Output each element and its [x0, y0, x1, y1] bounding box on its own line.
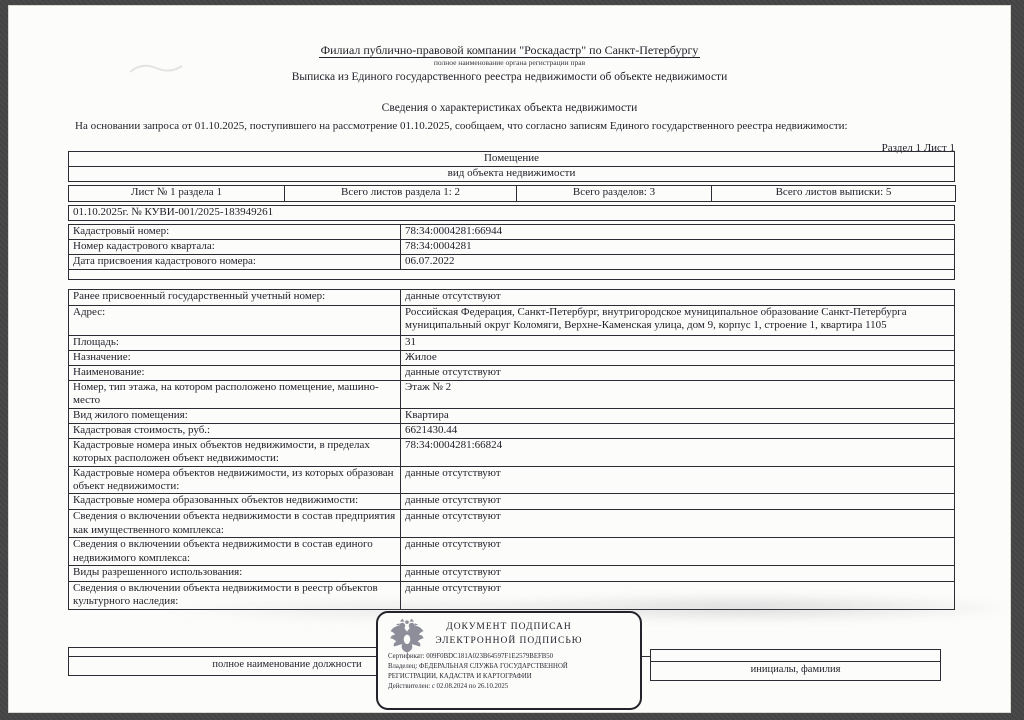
row-label: Площадь:: [69, 336, 401, 351]
section-title: Сведения о характеристиках объекта недви…: [8, 102, 1011, 114]
section-sheets-cell: Всего листов раздела 1: 2: [285, 186, 517, 202]
row-value: 06.07.2022: [401, 255, 955, 270]
object-kind-caption: вид объекта недвижимости: [69, 167, 955, 182]
row-value: данные отсутствуют: [401, 566, 955, 582]
table-row: Адрес: Российская Федерация, Санкт-Петер…: [69, 306, 955, 336]
table-row: Виды разрешенного использования: данные …: [69, 566, 955, 582]
stamp-validity: Действителен: с 02.08.2024 по 26.10.2025: [388, 682, 630, 692]
table-row: Сведения о включении объекта недвижимост…: [69, 510, 955, 538]
table-row: Сведения о включении объекта недвижимост…: [69, 538, 955, 566]
table-row: Наименование: данные отсутствуют: [69, 366, 955, 381]
org-name: Филиал публично-правовой компании "Роска…: [8, 43, 1011, 58]
details-table: Ранее присвоенный государственный учетны…: [68, 289, 955, 610]
row-label: Кадастровые номера иных объектов недвижи…: [69, 438, 401, 466]
empty-row: [69, 270, 955, 280]
row-label: Вид жилого помещения:: [69, 408, 401, 423]
table-row: Вид жилого помещения: Квартира: [69, 408, 955, 423]
row-value: данные отсутствуют: [401, 494, 955, 510]
table-row: Кадастровый номер: 78:34:0004281:66944: [69, 225, 955, 240]
row-label: Сведения о включении объекта недвижимост…: [69, 538, 401, 566]
object-kind-table: Помещение вид объекта недвижимости: [68, 151, 955, 182]
row-value: Этаж № 2: [401, 381, 955, 409]
table-row: Кадастровые номера иных объектов недвижи…: [69, 438, 955, 466]
table-row: Номер, тип этажа, на котором расположено…: [69, 381, 955, 409]
row-value: данные отсутствуют: [401, 466, 955, 494]
row-label: Кадастровый номер:: [69, 225, 401, 240]
row-label: Сведения о включении объекта недвижимост…: [69, 582, 401, 610]
row-value: данные отсутствуют: [401, 290, 955, 306]
row-value: 6621430.44: [401, 423, 955, 438]
request-number: 01.10.2025г. № КУВИ-001/2025-183949261: [69, 206, 955, 221]
row-label: Кадастровые номера образованных объектов…: [69, 494, 401, 510]
org-caption: полное наименование органа регистрации п…: [8, 58, 1011, 67]
table-row: Сведения о включении объекта недвижимост…: [69, 582, 955, 610]
sections-total-cell: Всего разделов: 3: [517, 186, 712, 202]
extract-sheets-cell: Всего листов выписки: 5: [712, 186, 956, 202]
signature-strip: [651, 650, 940, 662]
table-row: Ранее присвоенный государственный учетны…: [69, 290, 955, 306]
row-label: Наименование:: [69, 366, 401, 381]
row-label: Номер кадастрового квартала:: [69, 240, 401, 255]
row-value: Квартира: [401, 408, 955, 423]
row-value: данные отсутствуют: [401, 366, 955, 381]
row-value: Российская Федерация, Санкт-Петербург, в…: [401, 306, 955, 336]
row-value: 31: [401, 336, 955, 351]
table-row: Номер кадастрового квартала: 78:34:00042…: [69, 240, 955, 255]
table-row: Кадастровые номера образованных объектов…: [69, 494, 955, 510]
table-row: Назначение: Жилое: [69, 351, 955, 366]
table-row: Помещение: [69, 152, 955, 167]
table-row: Кадастровые номера объектов недвижимости…: [69, 466, 955, 494]
row-value: данные отсутствуют: [401, 538, 955, 566]
request-number-row: 01.10.2025г. № КУВИ-001/2025-183949261: [69, 206, 955, 221]
sheet-number-cell: Лист № 1 раздела 1: [69, 186, 285, 202]
row-label: Кадастровые номера объектов недвижимости…: [69, 466, 401, 494]
row-label: Номер, тип этажа, на котором расположено…: [69, 381, 401, 409]
sheets-info-table: Лист № 1 раздела 1 Всего листов раздела …: [68, 185, 956, 202]
row-value: 78:34:0004281:66944: [401, 225, 955, 240]
footer-right-signature-box: инициалы, фамилия: [650, 649, 941, 681]
sheets-info-row: Лист № 1 раздела 1 Всего листов раздела …: [69, 186, 956, 202]
request-number-table: 01.10.2025г. № КУВИ-001/2025-183949261: [68, 205, 955, 221]
row-value: данные отсутствуют: [401, 582, 955, 610]
coat-of-arms-icon: [388, 618, 426, 656]
row-label: Адрес:: [69, 306, 401, 336]
row-value: Жилое: [401, 351, 955, 366]
row-label: Сведения о включении объекта недвижимост…: [69, 510, 401, 538]
row-label: Кадастровая стоимость, руб.:: [69, 423, 401, 438]
object-kind-value: Помещение: [69, 152, 955, 167]
doc-title: Выписка из Единого государственного реес…: [8, 71, 1011, 83]
stamp-owner: Владелец: ФЕДЕРАЛЬНАЯ СЛУЖБА ГОСУДАРСТВЕ…: [388, 662, 618, 682]
table-row: вид объекта недвижимости: [69, 167, 955, 182]
row-label: Дата присвоения кадастрового номера:: [69, 255, 401, 270]
table-row: Дата присвоения кадастрового номера: 06.…: [69, 255, 955, 270]
tables-area: Помещение вид объекта недвижимости Лист …: [68, 151, 955, 610]
row-label: Назначение:: [69, 351, 401, 366]
row-value: данные отсутствуют: [401, 510, 955, 538]
row-value: 78:34:0004281:66824: [401, 438, 955, 466]
row-label: Ранее присвоенный государственный учетны…: [69, 290, 401, 306]
org-name-text: Филиал публично-правовой компании "Роска…: [319, 43, 701, 58]
signature-stamp: ДОКУМЕНТ ПОДПИСАН ЭЛЕКТРОННОЙ ПОДПИСЬЮ С…: [376, 611, 642, 710]
row-label: Виды разрешенного использования:: [69, 566, 401, 582]
intro-text: На основании запроса от 01.10.2025, пост…: [75, 120, 920, 132]
table-row: Кадастровая стоимость, руб.: 6621430.44: [69, 423, 955, 438]
cadastral-table: Кадастровый номер: 78:34:0004281:66944 Н…: [68, 224, 955, 280]
document-sheet: Филиал публично-правовой компании "Роска…: [8, 5, 1011, 713]
row-value: 78:34:0004281: [401, 240, 955, 255]
scanned-page: { "header": { "org_name": "Филиал публич…: [0, 0, 1024, 720]
footer-name-caption: инициалы, фамилия: [651, 662, 940, 675]
table-row: Площадь: 31: [69, 336, 955, 351]
